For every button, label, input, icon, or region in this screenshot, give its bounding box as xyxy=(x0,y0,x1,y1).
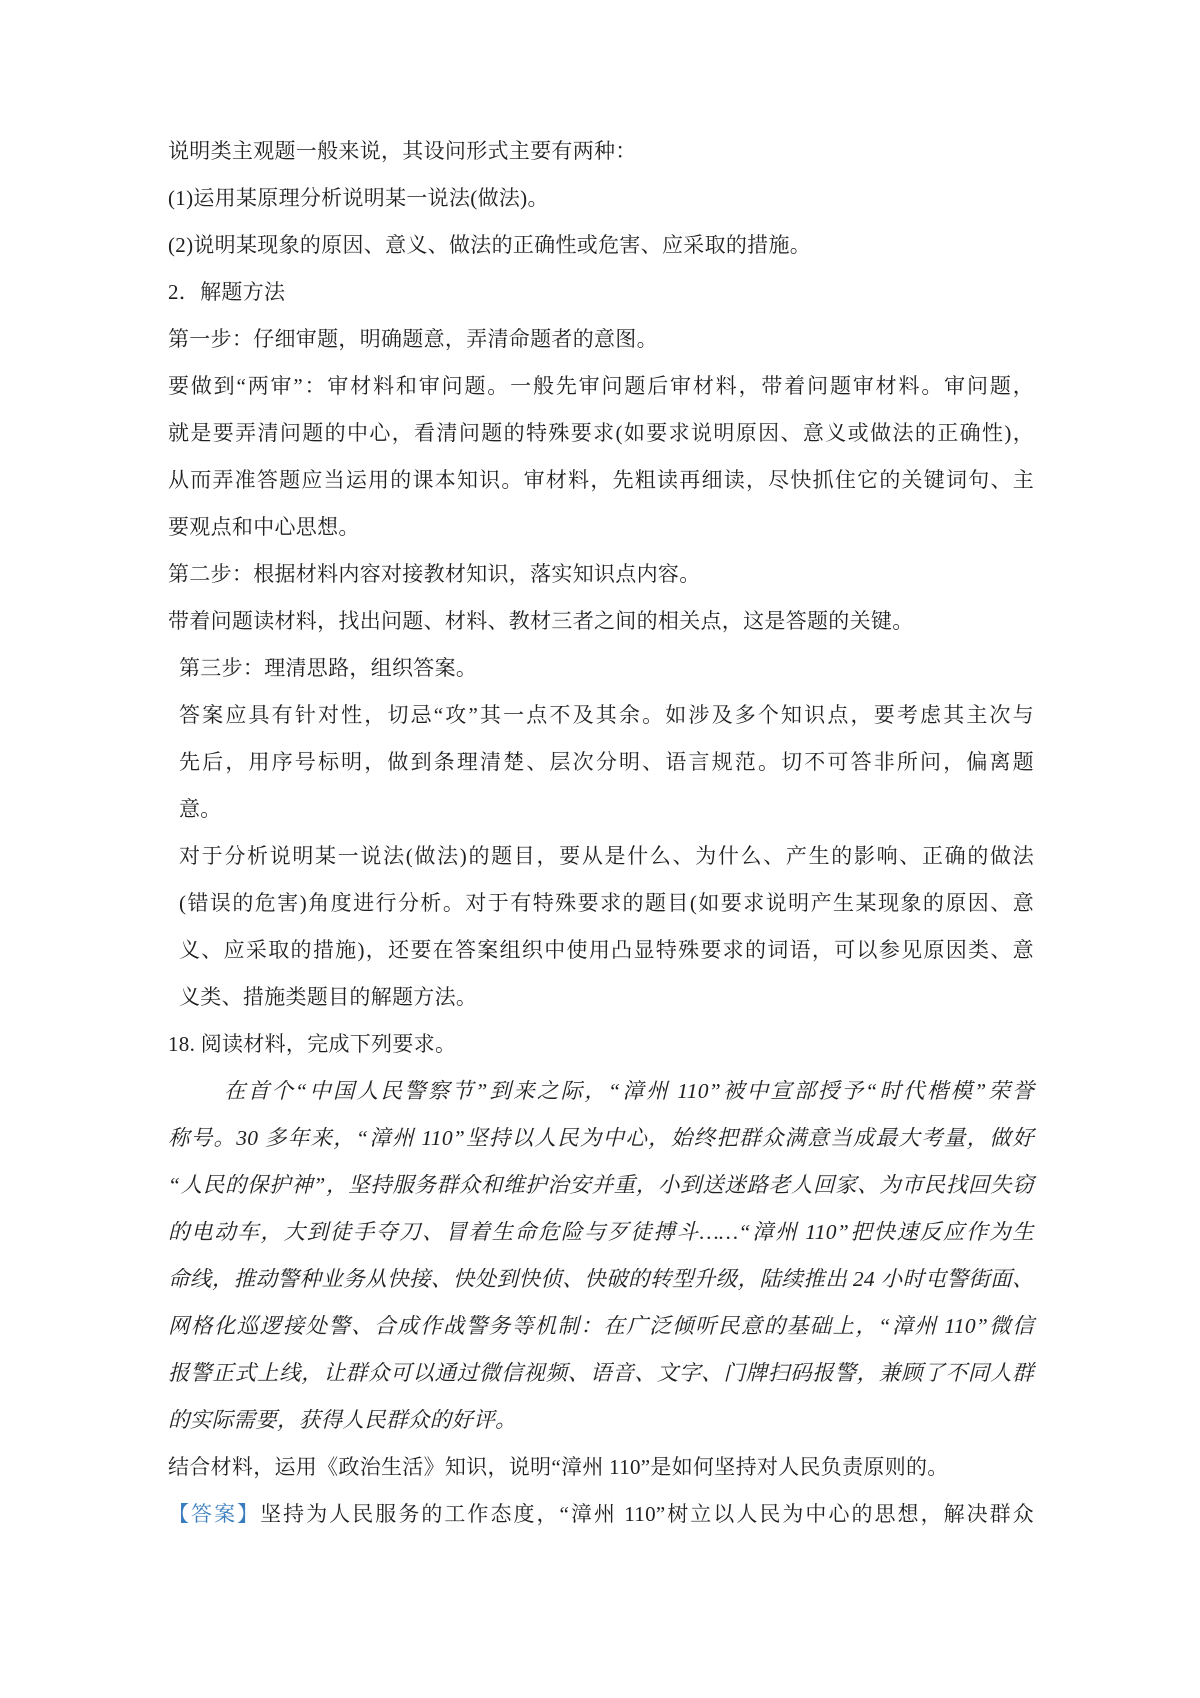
doc-line-step1: 第一步：仔细审题，明确题意，弄清命题者的意图。 xyxy=(168,316,1034,363)
doc-line-step2-detail: 带着问题读材料，找出问题、材料、教材三者之间的相关点，这是答题的关键。 xyxy=(168,598,1034,645)
answer-label: 【答案】 xyxy=(168,1502,260,1526)
document-content: 说明类主观题一般来说，其设问形式主要有两种： (1)运用某原理分析说明某一说法(… xyxy=(168,128,1034,1538)
doc-line-step1-detail: 要观点和中心思想。 xyxy=(168,504,1034,551)
answer-text: 坚持为人民服务的工作态度，“漳州 110”树立以人民为中心的思想，解决群众 xyxy=(260,1502,1034,1526)
question-18-heading: 18. 阅读材料，完成下列要求。 xyxy=(168,1021,1034,1068)
question-18-material-line: 网格化巡逻接处警、合成作战警务等机制：在广泛倾听民意的基础上，“漳州 110”微… xyxy=(168,1303,1034,1350)
doc-line-step2: 第二步：根据材料内容对接教材知识，落实知识点内容。 xyxy=(168,551,1034,598)
doc-line-analysis: 对于分析说明某一说法(做法)的题目，要从是什么、为什么、产生的影响、正确的做法 xyxy=(168,833,1034,880)
doc-line-analysis: 义类、措施类题目的解题方法。 xyxy=(168,974,1034,1021)
doc-line-step1-detail: 要做到“两审”：审材料和审问题。一般先审问题后审材料，带着问题审材料。审问题， xyxy=(168,363,1034,410)
doc-line-step1-detail: 从而弄准答题应当运用的课本知识。审材料，先粗读再细读，尽快抓住它的关键词句、主 xyxy=(168,457,1034,504)
question-18-material-line: 命线，推动警种业务从快接、快处到快侦、快破的转型升级，陆续推出 24 小时屯警街… xyxy=(168,1256,1034,1303)
question-18-task: 结合材料，运用《政治生活》知识，说明“漳州 110”是如何坚持对人民负责原则的。 xyxy=(168,1444,1034,1491)
doc-line-step3-detail: 先后，用序号标明，做到条理清楚、层次分明、语言规范。切不可答非所问，偏离题 xyxy=(168,739,1034,786)
doc-line-step1-detail: 就是要弄清问题的中心，看清问题的特殊要求(如要求说明原因、意义或做法的正确性)， xyxy=(168,410,1034,457)
question-18-material-line: 报警正式上线，让群众可以通过微信视频、语音、文字、门牌扫码报警，兼顾了不同人群 xyxy=(168,1350,1034,1397)
doc-line-analysis: 义、应采取的措施)，还要在答案组织中使用凸显特殊要求的词语，可以参见原因类、意 xyxy=(168,927,1034,974)
question-18-material-line: 的电动车，大到徒手夺刀、冒着生命危险与歹徒搏斗……“漳州 110”把快速反应作为… xyxy=(168,1209,1034,1256)
doc-line-step3-detail: 意。 xyxy=(168,786,1034,833)
doc-line-intro: 说明类主观题一般来说，其设问形式主要有两种： xyxy=(168,128,1034,175)
doc-line-step3: 第三步：理清思路，组织答案。 xyxy=(168,645,1034,692)
doc-line-step3-detail: 答案应具有针对性，切忌“攻”其一点不及其余。如涉及多个知识点，要考虑其主次与 xyxy=(168,692,1034,739)
doc-line-point-1: (1)运用某原理分析说明某一说法(做法)。 xyxy=(168,175,1034,222)
doc-line-method-heading: 2．解题方法 xyxy=(168,269,1034,316)
answer-line: 【答案】坚持为人民服务的工作态度，“漳州 110”树立以人民为中心的思想，解决群… xyxy=(168,1491,1034,1538)
question-18-material-line: 的实际需要，获得人民群众的好评。 xyxy=(168,1397,1034,1444)
question-18-material-line: 在首个“中国人民警察节”到来之际，“漳州 110”被中宣部授予“时代楷模”荣誉 xyxy=(168,1068,1034,1115)
doc-line-point-2: (2)说明某现象的原因、意义、做法的正确性或危害、应采取的措施。 xyxy=(168,222,1034,269)
doc-line-analysis: (错误的危害)角度进行分析。对于有特殊要求的题目(如要求说明产生某现象的原因、意 xyxy=(168,880,1034,927)
question-18-material-line: 称号。30 多年来，“漳州 110”坚持以人民为中心，始终把群众满意当成最大考量… xyxy=(168,1115,1034,1162)
document-page: 说明类主观题一般来说，其设问形式主要有两种： (1)运用某原理分析说明某一说法(… xyxy=(0,0,1200,1698)
question-18-material-line: “人民的保护神”，坚持服务群众和维护治安并重，小到送迷路老人回家、为市民找回失窃 xyxy=(168,1162,1034,1209)
